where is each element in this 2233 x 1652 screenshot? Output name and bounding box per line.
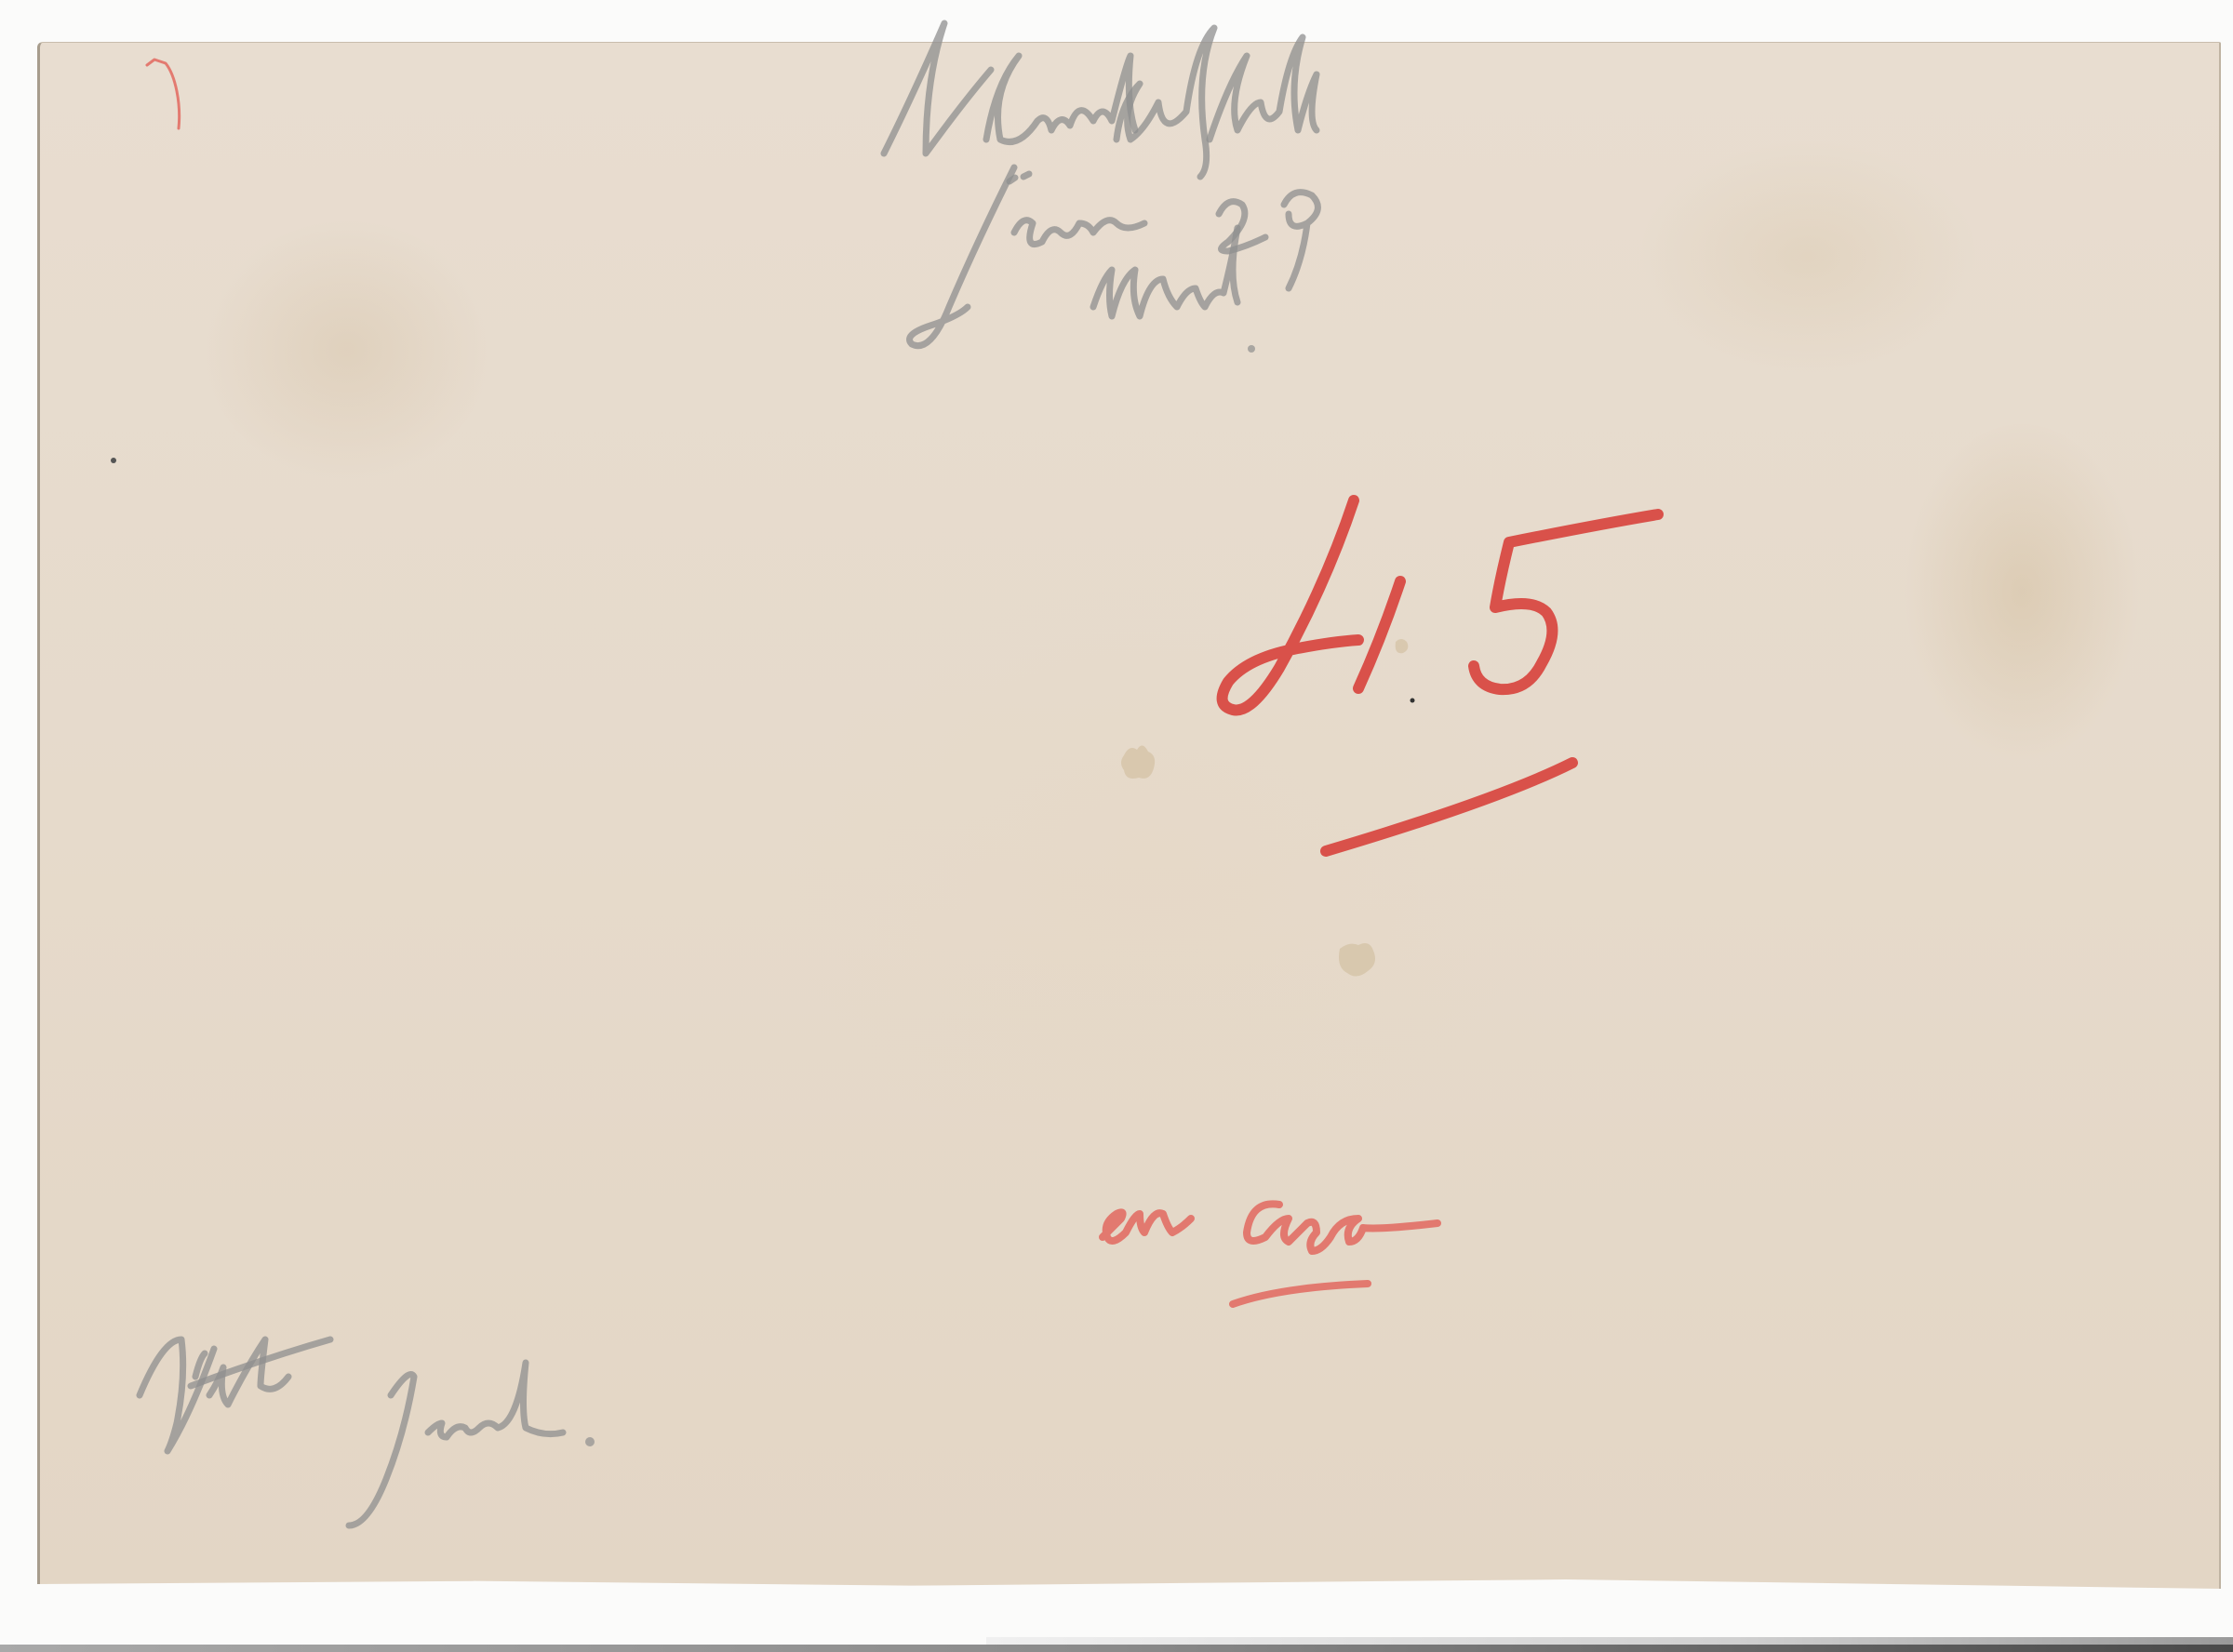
speck: [1411, 699, 1415, 703]
handwriting-layer: [0, 0, 2233, 1652]
address-line-3: [1093, 228, 1255, 353]
address-line-2: [910, 167, 1318, 346]
en-casa-note: [1103, 1204, 1437, 1304]
catalog-number: [1223, 500, 1658, 851]
size-note: [140, 1339, 595, 1525]
scan-edge-light: [986, 1637, 2233, 1645]
stain-mark: [1121, 745, 1155, 779]
speck: [111, 458, 116, 463]
address-line-1: [884, 23, 1317, 177]
stain-mark: [1339, 943, 1375, 977]
corner-mark: [147, 60, 180, 128]
scan-edge-bar: [0, 1645, 2233, 1652]
stain-mark: [1396, 639, 1409, 653]
